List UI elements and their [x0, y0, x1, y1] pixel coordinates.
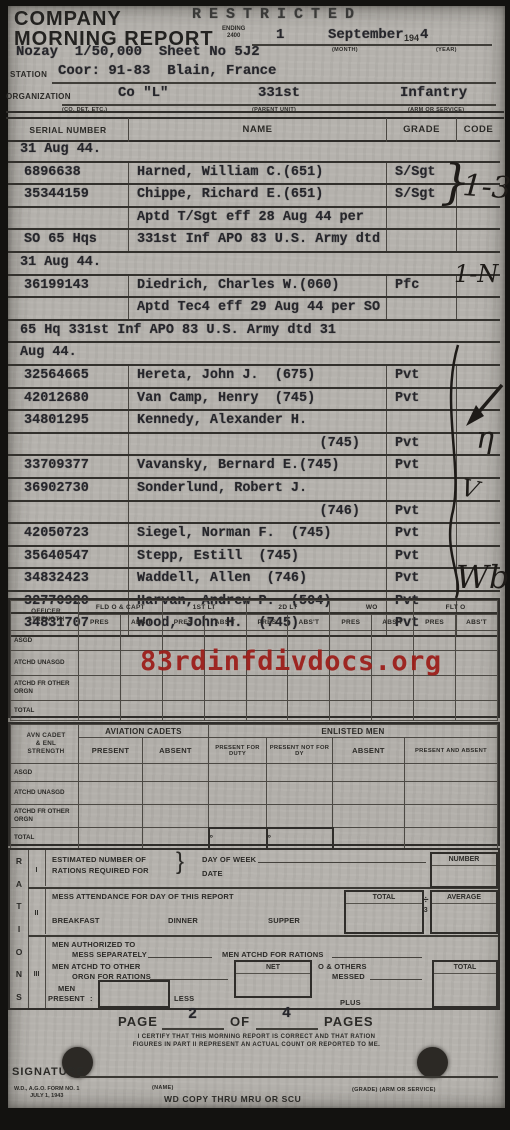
enlisted-row-label: ATCHD FR OTHER ORGN [11, 805, 79, 828]
enlisted-empty-cell [143, 805, 209, 828]
officer-empty-cell [204, 701, 246, 721]
roster-cell-name: Chippe, Richard E.(651) [128, 185, 386, 206]
part-iii-numeral: III [28, 936, 46, 1008]
roster-row: 33709377Vavansky, Bernard E.(745)Pvt [8, 456, 500, 479]
enlisted-row-label: ATCHD UNASGD [11, 782, 79, 805]
roster-cell-full: 31 Aug 44. [8, 140, 500, 161]
roster-row: Aug 44. [8, 343, 500, 366]
roster-cell-serial: 34832423 [8, 569, 128, 590]
ending-2400-label: ENDING 2400 [222, 26, 245, 40]
roster-cell-full: 65 Hq 331st Inf APO 83 U.S. Army dtd 31 [8, 321, 500, 342]
date-label: DATE [202, 869, 223, 878]
roster-cell-serial: 42012680 [8, 389, 128, 410]
net-box: NET [234, 960, 312, 998]
officer-corner-label: OFFICER STRENGTH [11, 601, 79, 631]
officer-empty-cell [330, 701, 372, 721]
roster-cell-serial [8, 208, 128, 229]
roster-cell-name: 331st Inf APO 83 U.S. Army dtd [128, 230, 386, 251]
roster-cell-serial [8, 502, 128, 523]
pres-header: PRES [162, 615, 204, 631]
roster-cell-name: (745) [128, 434, 386, 455]
enlisted-row-label: ASGD [11, 764, 79, 782]
officer-empty-cell [456, 676, 498, 701]
organization-unit: Co "L" [118, 85, 168, 101]
map-reference: Nozay 1/50,000 Sheet No 5J2 [16, 44, 260, 60]
officer-empty-cell [162, 701, 204, 721]
supper-label: SUPPER [268, 916, 300, 925]
roster-cell-full: 31 Aug 44. [8, 253, 500, 274]
grade-sublabel: (GRADE) (ARM OR SERVICE) [352, 1087, 436, 1093]
signature-label: SIGNATURE [12, 1066, 85, 1078]
roster-cell-serial: SO 65 Hqs [8, 230, 128, 251]
organization-parent: 331st [258, 85, 300, 101]
page-total: 4 [282, 1005, 291, 1022]
atchd-other-line1: MEN ATCHD TO OTHER [52, 962, 140, 971]
dinner-label: DINNER [168, 916, 198, 925]
group-fld-o-capt: FLD O & CAPT [79, 601, 163, 615]
enlisted-empty-cell [143, 782, 209, 805]
number-box-label: NUMBER [432, 854, 496, 866]
enlisted-corner-line2: & ENL [36, 740, 56, 747]
officer-corner-line2: STRENGTH [27, 616, 64, 623]
part-i-numeral: I [28, 850, 46, 886]
officer-empty-cell [456, 631, 498, 651]
mess-sep-blank [148, 948, 212, 958]
enlisted-empty-cell [333, 764, 405, 782]
men-line2: PRESENT [48, 994, 85, 1003]
roster-cell-name: Hereta, John J. (675) [128, 366, 386, 387]
roster-cell-serial: 33709377 [8, 456, 128, 477]
others-line1: O & OTHERS [318, 962, 367, 971]
month-sublabel: (MONTH) [332, 47, 358, 53]
enlisted-table-body: ASGDATCHD UNASGDATCHD FR OTHER ORGNTOTAL… [11, 764, 498, 849]
officer-empty-cell [120, 701, 162, 721]
roster-cell-serial: 35344159 [8, 185, 128, 206]
col-present-and-absent: PRESENT AND ABSENT [405, 738, 498, 764]
roster-row: 6896638Harned, William C.(651)S/Sgt [8, 163, 500, 186]
rations-letter: T [16, 901, 21, 911]
officer-empty-cell [456, 701, 498, 721]
rations-side-label: RATIONS [10, 850, 29, 1008]
rations-letter: I [18, 924, 20, 934]
roster-row: SO 65 Hqs331st Inf APO 83 U.S. Army dtd [8, 230, 500, 253]
signature-line [80, 1062, 498, 1078]
roster-cell-serial: 32564665 [8, 366, 128, 387]
plus-label: PLUS [340, 998, 361, 1007]
auth-line1: MEN AUTHORIZED TO [52, 940, 135, 949]
col-present-for-duty: PRESENT FOR DUTY [209, 738, 267, 764]
copy-route-note: WD COPY THRU MRU OR SCU [164, 1094, 301, 1104]
roster-cell-serial [8, 434, 128, 455]
enlisted-row-label: TOTAL [11, 828, 79, 849]
archive-watermark: 83rdinfdivdocs.org [140, 646, 442, 677]
abst-header: ABS'T [204, 615, 246, 631]
roster-cell-serial: 34801295 [8, 411, 128, 432]
less-label: LESS [174, 994, 194, 1003]
group-2d-lt: 2D LT [246, 601, 330, 615]
officer-row-label: ASGD [11, 631, 79, 651]
roster-cell-name: Harned, William C.(651) [128, 163, 386, 184]
enlisted-empty-cell [405, 805, 498, 828]
group-enlisted-men: ENLISTED MEN [209, 725, 498, 738]
year-sublabel: (YEAR) [436, 47, 457, 53]
pres-header: PRES [414, 615, 456, 631]
roster-body: 31 Aug 44.6896638Harned, William C.(651)… [8, 140, 500, 637]
roster-cell-name: Kennedy, Alexander H. [128, 411, 386, 432]
handwritten-code-1-3: 1-3 [461, 168, 510, 206]
roster-cell-name: Diedrich, Charles W.(060) [128, 276, 386, 297]
enlisted-empty-cell [143, 764, 209, 782]
roster-row: 35640547Stepp, Estill (745)Pvt [8, 547, 500, 570]
messed-blank [370, 970, 422, 980]
pres-header: PRES [330, 615, 372, 631]
roster-cell-full: Aug 44. [8, 343, 500, 364]
roster-cell-name: Siegel, Norman F. (745) [128, 524, 386, 545]
officer-corner-line1: OFFICER [31, 608, 61, 615]
enlisted-empty-cell [209, 782, 267, 805]
average-box: AVERAGE [430, 890, 498, 934]
net-box-label: NET [236, 962, 310, 974]
rations-brace: } [176, 848, 184, 876]
roster-cell-name: Aptd T/Sgt eff 28 Aug 44 per [128, 208, 386, 229]
form-number-line1: W.D., A.G.O. FORM NO. 1 [14, 1086, 80, 1092]
officer-empty-cell [79, 651, 121, 676]
handwritten-code-1-N: 1-N [454, 260, 499, 288]
handwritten-mark-2: V [459, 473, 484, 505]
roster-cell-name: (746) [128, 502, 386, 523]
enlisted-empty-cell [267, 805, 333, 828]
roster-row: 36902730Sonderlund, Robert J. [8, 479, 500, 502]
officer-row-label: TOTAL [11, 701, 79, 721]
roster-cell-serial: 42050723 [8, 524, 128, 545]
roster-row: Aptd T/Sgt eff 28 Aug 44 per [8, 208, 500, 231]
estimated-line1: ESTIMATED NUMBER OF [52, 855, 146, 864]
roster-row: 34801295Kennedy, Alexander H. [8, 411, 500, 434]
average-box-label: AVERAGE [432, 892, 496, 904]
roster-row: 32564665Hereta, John J. (675)Pvt [8, 366, 500, 389]
enlisted-corner-label: AVN CADET & ENL STRENGTH [11, 725, 79, 764]
station-label: STATION [10, 70, 47, 79]
date-day: 1 [276, 27, 284, 43]
divide-sign: ÷ [423, 895, 429, 906]
pres-header: PRES [246, 615, 288, 631]
abst-header: ABS'T [456, 615, 498, 631]
handwritten-annotations: } 1-3 1-N η V Wb [438, 140, 510, 610]
breakfast-label: BREAKFAST [52, 916, 100, 925]
pages-label: PAGES [324, 1014, 374, 1029]
mess-total-label: TOTAL [346, 892, 422, 904]
officer-empty-cell [79, 631, 121, 651]
col-grade: GRADE [386, 118, 456, 142]
date-month: September [328, 27, 404, 43]
restricted-stamp: RESTRICTED [192, 6, 362, 23]
col-present-not-for-dy: PRESENT NOT FOR DY [267, 738, 333, 764]
enlisted-strength-table: AVN CADET & ENL STRENGTH AVIATION CADETS… [8, 722, 500, 846]
roster-cell-serial [8, 298, 128, 319]
men-atchd-for-rations: MEN ATCHD FOR RATIONS [222, 950, 324, 959]
officer-empty-cell [162, 676, 204, 701]
atchd-other-blank [150, 970, 228, 980]
enlisted-empty-cell [209, 764, 267, 782]
officer-empty-cell [246, 701, 288, 721]
number-box: NUMBER [430, 852, 498, 888]
ending-label-line1: ENDING [222, 26, 245, 32]
organization-arm: Infantry [400, 85, 467, 101]
atchd-rations-blank [332, 948, 422, 958]
year-printed-prefix: 194 [404, 33, 419, 43]
roster-row: 42012680Van Camp, Henry (745)Pvt [8, 389, 500, 412]
mess-total-box: TOTAL [344, 890, 424, 934]
col-cadets-present: PRESENT [79, 738, 143, 764]
col-name: NAME [128, 118, 386, 142]
group-1st-lt: 1ST LT [162, 601, 246, 615]
officer-empty-cell [414, 701, 456, 721]
officer-empty-cell [204, 676, 246, 701]
enlisted-empty-cell [79, 828, 143, 849]
roster-cell-name: Waddell, Allen (746) [128, 569, 386, 590]
ending-label-line2: 2400 [227, 33, 240, 39]
enlisted-empty-cell [405, 782, 498, 805]
roster-row: 36199143Diedrich, Charles W.(060)Pfc [8, 276, 500, 299]
pres-header: PRES [79, 615, 121, 631]
group-wo: WO [330, 601, 414, 615]
rations-letter: N [16, 969, 22, 979]
enlisted-total-mark-cell: ° [209, 828, 267, 849]
scanned-morning-report: COMPANY RESTRICTED MORNING REPORT ENDING… [0, 0, 510, 1130]
station-value: Coor: 91-83 Blain, France [58, 63, 276, 79]
enlisted-empty-cell [79, 764, 143, 782]
enlisted-empty-cell [333, 805, 405, 828]
officer-empty-cell [288, 701, 330, 721]
rations-total-label: TOTAL [434, 962, 496, 974]
officer-empty-cell [456, 651, 498, 676]
officer-empty-cell [79, 701, 121, 721]
numeral-I: I [36, 867, 38, 874]
abst-header: ABS'T [372, 615, 414, 631]
roster-row: (745)Pvt [8, 434, 500, 457]
roster-cell-serial: 35640547 [8, 547, 128, 568]
roster-row: 31 Aug 44. [8, 253, 500, 276]
handwritten-mark-1: η [476, 421, 494, 456]
enlisted-empty-cell [143, 828, 209, 849]
enlisted-empty-cell [79, 805, 143, 828]
part-divider-1 [28, 887, 498, 889]
roster-row: (746)Pvt [8, 502, 500, 525]
officer-row-label: ATCHD FR OTHER ORGN [11, 676, 79, 701]
numeral-II: II [35, 910, 39, 917]
enlisted-empty-cell [79, 782, 143, 805]
certification-line1: I CERTIFY THAT THIS MORNING REPORT IS CO… [8, 1034, 505, 1040]
enlisted-empty-cell [405, 828, 498, 849]
abst-header: ABS'T [120, 615, 162, 631]
roster-row: 31 Aug 44. [8, 140, 500, 163]
rations-letter: A [16, 879, 22, 889]
page-label: PAGE [118, 1014, 158, 1029]
enlisted-empty-cell [333, 828, 405, 849]
col-cadets-absent: ABSENT [143, 738, 209, 764]
page-current: 2 [188, 1006, 197, 1023]
rations-letter: S [16, 992, 22, 1002]
men-present-box [98, 980, 170, 1008]
name-sublabel: (NAME) [152, 1085, 174, 1091]
handwritten-mark-3: Wb [456, 558, 509, 596]
rations-total-box: TOTAL [432, 960, 498, 1008]
of-label: OF [230, 1014, 250, 1029]
roster-row: 34832423Waddell, Allen (746)Pvt [8, 569, 500, 592]
enlisted-corner-line3: STRENGTH [27, 748, 64, 755]
men-line1: MEN [58, 984, 75, 993]
estimated-line2: RATIONS REQUIRED FOR [52, 866, 149, 875]
auth-line2: MESS SEPARATELY [72, 950, 147, 959]
rations-letter: O [16, 947, 23, 957]
divide-by: 3 [424, 907, 428, 914]
officer-empty-cell [330, 676, 372, 701]
officer-empty-cell [372, 676, 414, 701]
rations-section: RATIONS I II III ESTIMATED NUMBER OF RAT… [8, 848, 500, 1010]
roster-cell-name: Stepp, Estill (745) [128, 547, 386, 568]
part-ii-numeral: II [28, 888, 46, 934]
officer-empty-cell [372, 701, 414, 721]
date-year-digit: 4 [420, 27, 428, 43]
form-number-line2: JULY 1, 1943 [30, 1093, 63, 1099]
mess-title: MESS ATTENDANCE FOR DAY OF THIS REPORT [52, 892, 234, 901]
roster-row: Aptd Tec4 eff 29 Aug 44 per SO [8, 298, 500, 321]
part-divider-2 [28, 935, 498, 937]
enlisted-corner-line1: AVN CADET [27, 732, 66, 739]
roster-cell-name: Sonderlund, Robert J. [128, 479, 386, 500]
officer-empty-cell [414, 676, 456, 701]
officer-empty-cell [288, 676, 330, 701]
roster-row: 35344159Chippe, Richard E.(651)S/Sgt [8, 185, 500, 208]
day-of-week-label: DAY OF WEEK [202, 855, 256, 864]
men-colon: : [90, 994, 93, 1003]
enlisted-empty-cell [209, 805, 267, 828]
col-serial-number: SERIAL NUMBER [8, 118, 128, 142]
roster-row: 42050723Siegel, Norman F. (745)Pvt [8, 524, 500, 547]
form-number-block: W.D., A.G.O. FORM NO. 1 JULY 1, 1943 [14, 1086, 80, 1100]
numeral-III: III [34, 971, 40, 978]
roster-cell-serial: 6896638 [8, 163, 128, 184]
roster-header: SERIAL NUMBER NAME GRADE CODE [8, 118, 500, 142]
rations-letter: R [16, 856, 22, 866]
officer-row-label: ATCHD UNASGD [11, 651, 79, 676]
roster-cell-name: Aptd Tec4 eff 29 Aug 44 per SO [128, 298, 386, 319]
group-aviation-cadets: AVIATION CADETS [79, 725, 209, 738]
roster-cell-serial: 36199143 [8, 276, 128, 297]
divide-by-three: ÷ 3 [423, 896, 429, 915]
enlisted-total-mark-cell: ° [267, 828, 333, 849]
officer-empty-cell [79, 676, 121, 701]
enlisted-empty-cell [267, 764, 333, 782]
col-enlisted-absent: ABSENT [333, 738, 405, 764]
roster-cell-serial: 36902730 [8, 479, 128, 500]
day-of-week-blank [258, 853, 426, 863]
abst-header: ABS'T [288, 615, 330, 631]
roster-cell-name: Van Camp, Henry (745) [128, 389, 386, 410]
roster-row: 65 Hq 331st Inf APO 83 U.S. Army dtd 31 [8, 321, 500, 344]
officer-empty-cell [246, 676, 288, 701]
officer-empty-cell [120, 676, 162, 701]
enlisted-empty-cell [333, 782, 405, 805]
roster-cell-name: Vavansky, Bernard E.(745) [128, 456, 386, 477]
enlisted-empty-cell [267, 782, 333, 805]
col-code: CODE [456, 118, 500, 142]
enlisted-empty-cell [405, 764, 498, 782]
others-line2: MESSED [332, 972, 365, 981]
